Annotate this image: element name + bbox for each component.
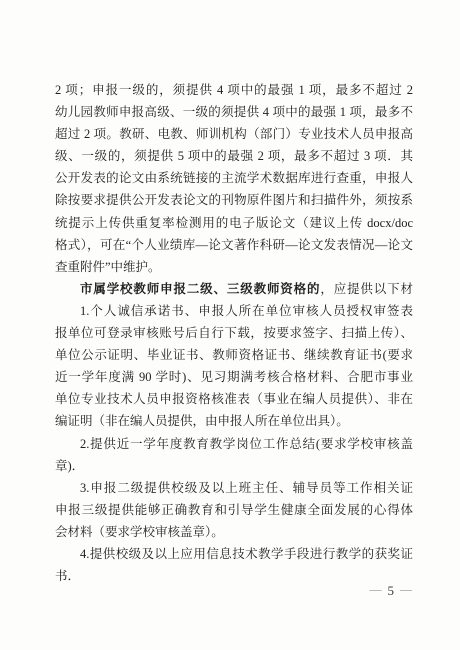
- text-line: 2.提供近一学年度教育教学岗位工作总结(要求学校审核盖: [55, 433, 413, 455]
- page-number-right-dash: —: [400, 582, 412, 596]
- text-line: 1.个人诚信承诺书、申报人所在单位审核人员授权审签表（申: [55, 300, 413, 322]
- text-line: 查重附件”中维护。: [55, 256, 413, 278]
- section-heading-bold: 市属学校教师申报二级、三级教师资格的: [80, 282, 320, 296]
- text-line: 超过 2 项。教研、电教、师训机构（部门）专业技术人员申报高: [55, 123, 413, 145]
- text-line: 编证明（非在编人员提供，由申报人所在单位出具）。: [55, 410, 413, 432]
- text-line: 3.申报二级提供校级及以上班主任、辅导员等工作相关证书；: [55, 477, 413, 499]
- text-line: 会材料（要求学校审核盖章）。: [55, 521, 413, 543]
- text-line: 单位公示证明、毕业证书、教师资格证书、继续教育证书(要求: [55, 344, 413, 366]
- text-line: 幼儿园教师申报高级、一级的须提供 4 项中的最强 1 项，最多不: [55, 101, 413, 123]
- document-page: 2 项；申报一级的，须提供 4 项中的最强 1 项，最多不超过 2 项。 幼儿园…: [0, 0, 460, 650]
- text-line: 级、一级的，须提供 5 项中的最强 2 项，最多不超过 3 项．其中，: [55, 145, 413, 167]
- text-line: 4.提供校级及以上应用信息技术教学手段进行教学的获奖证: [55, 543, 413, 565]
- text-line: 报单位可登录审核账号后自行下载，按要求签字、扫描上传）、: [55, 322, 413, 344]
- text-line: 2 项；申报一级的，须提供 4 项中的最强 1 项，最多不超过 2 项。: [55, 79, 413, 101]
- text-line: 统提示上传供重复率检测用的电子版论文（建议上传 docx/doc: [55, 212, 413, 234]
- text-line: 书．: [55, 565, 413, 587]
- page-number-left-dash: —: [370, 582, 382, 596]
- text-line: 公开发表的论文由系统链接的主流学术数据库进行查重，申报人: [55, 167, 413, 189]
- body-text: 2 项；申报一级的，须提供 4 项中的最强 1 项，最多不超过 2 项。 幼儿园…: [55, 79, 413, 587]
- text-line: 单位专业技术人员申报资格核准表（事业在编人员提供）、非在: [55, 388, 413, 410]
- text-line: 章)．: [55, 455, 413, 477]
- text-line: 除按要求提供公开发表论文的刊物原件图片和扫描件外，须按系: [55, 189, 413, 211]
- text-line: 申报三级提供能够正确教育和引导学生健康全面发展的心得体: [55, 499, 413, 521]
- text-line: 格式），可在“个人业绩库—论文著作科研—论文发表情况—论文: [55, 234, 413, 256]
- section-heading: 市属学校教师申报二级、三级教师资格的，应提供以下材料：: [55, 278, 413, 300]
- text-line: 近一学年度满 90 学时)、见习期满考核合格材料、合肥市事业: [55, 366, 413, 388]
- page-number-value: 5: [388, 583, 395, 598]
- page-number: —5—: [364, 583, 419, 599]
